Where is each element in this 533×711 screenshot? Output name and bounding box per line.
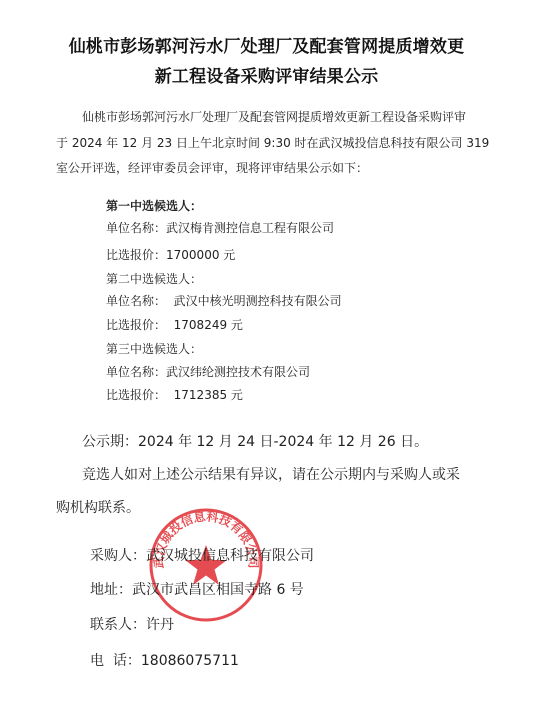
- intro-line-2: 于 2024 年 12 月 23 日上午北京时间 9:30 时在武汉城投信息科技…: [56, 134, 489, 151]
- intro-line-1: 仙桃市彭场郭河污水厂处理厂及配套管网提质增效更新工程设备采购评审: [82, 108, 466, 125]
- candidate-1-company: 武汉梅肯测控信息工程有限公司: [166, 221, 334, 235]
- candidate-2-price: 1708249 元: [174, 318, 243, 332]
- objection-line-2: 购机构联系。: [56, 497, 140, 517]
- address: 地址：武汉市武昌区相国寺路 6 号: [90, 579, 304, 599]
- candidate-1-company-label: 单位名称：: [106, 221, 166, 235]
- objection-line-1: 竞选人如对上述公示结果有异议，请在公示期内与采购人或采: [82, 464, 460, 484]
- candidate-2-price-label: 比选报价：: [106, 318, 166, 332]
- candidate-3-price-row: 比选报价： 1712385 元: [106, 386, 243, 403]
- candidate-3-company: 武汉纬纶测控技术有限公司: [166, 365, 310, 379]
- phone: 电 话：18086075711: [90, 650, 239, 670]
- publicity-period: 公示期：2024 年 12 月 24 日-2024 年 12 月 26 日。: [82, 431, 428, 451]
- candidate-3-company-label: 单位名称：: [106, 365, 166, 379]
- candidate-1-company-row: 单位名称：武汉梅肯测控信息工程有限公司: [106, 219, 334, 236]
- candidate-2-company: 武汉中核光明测控科技有限公司: [174, 294, 342, 308]
- candidate-3-price: 1712385 元: [174, 388, 243, 402]
- candidate-1-price-label: 比选报价：: [106, 248, 166, 262]
- candidate-1-heading: 第一中选候选人：: [106, 197, 202, 214]
- intro-line-3: 室公开评选，经评审委员会评审，现将评审结果公示如下：: [56, 159, 368, 176]
- candidate-2-company-label: 单位名称：: [106, 294, 166, 308]
- candidate-2-company-row: 单位名称： 武汉中核光明测控科技有限公司: [106, 292, 342, 309]
- candidate-1-price-row: 比选报价：1700000 元: [106, 246, 235, 263]
- candidate-1-price: 1700000 元: [166, 248, 235, 262]
- candidate-3-company-row: 单位名称：武汉纬纶测控技术有限公司: [106, 363, 310, 380]
- candidate-2-price-row: 比选报价： 1708249 元: [106, 316, 243, 333]
- official-seal-stamp: 武汉城投信息科技有限公司: [148, 507, 264, 623]
- document-title-line1: 仙桃市彭场郭河污水厂处理厂及配套管网提质增效更: [0, 32, 533, 57]
- candidate-3-price-label: 比选报价：: [106, 388, 166, 402]
- candidate-2-heading: 第二中选候选人：: [106, 270, 202, 287]
- contact-person: 联系人：许丹: [90, 614, 174, 634]
- purchaser: 采购人：武汉城投信息科技有限公司: [90, 545, 314, 565]
- candidate-3-heading: 第三中选候选人：: [106, 340, 202, 357]
- document-title-line2: 新工程设备采购评审结果公示: [0, 62, 533, 87]
